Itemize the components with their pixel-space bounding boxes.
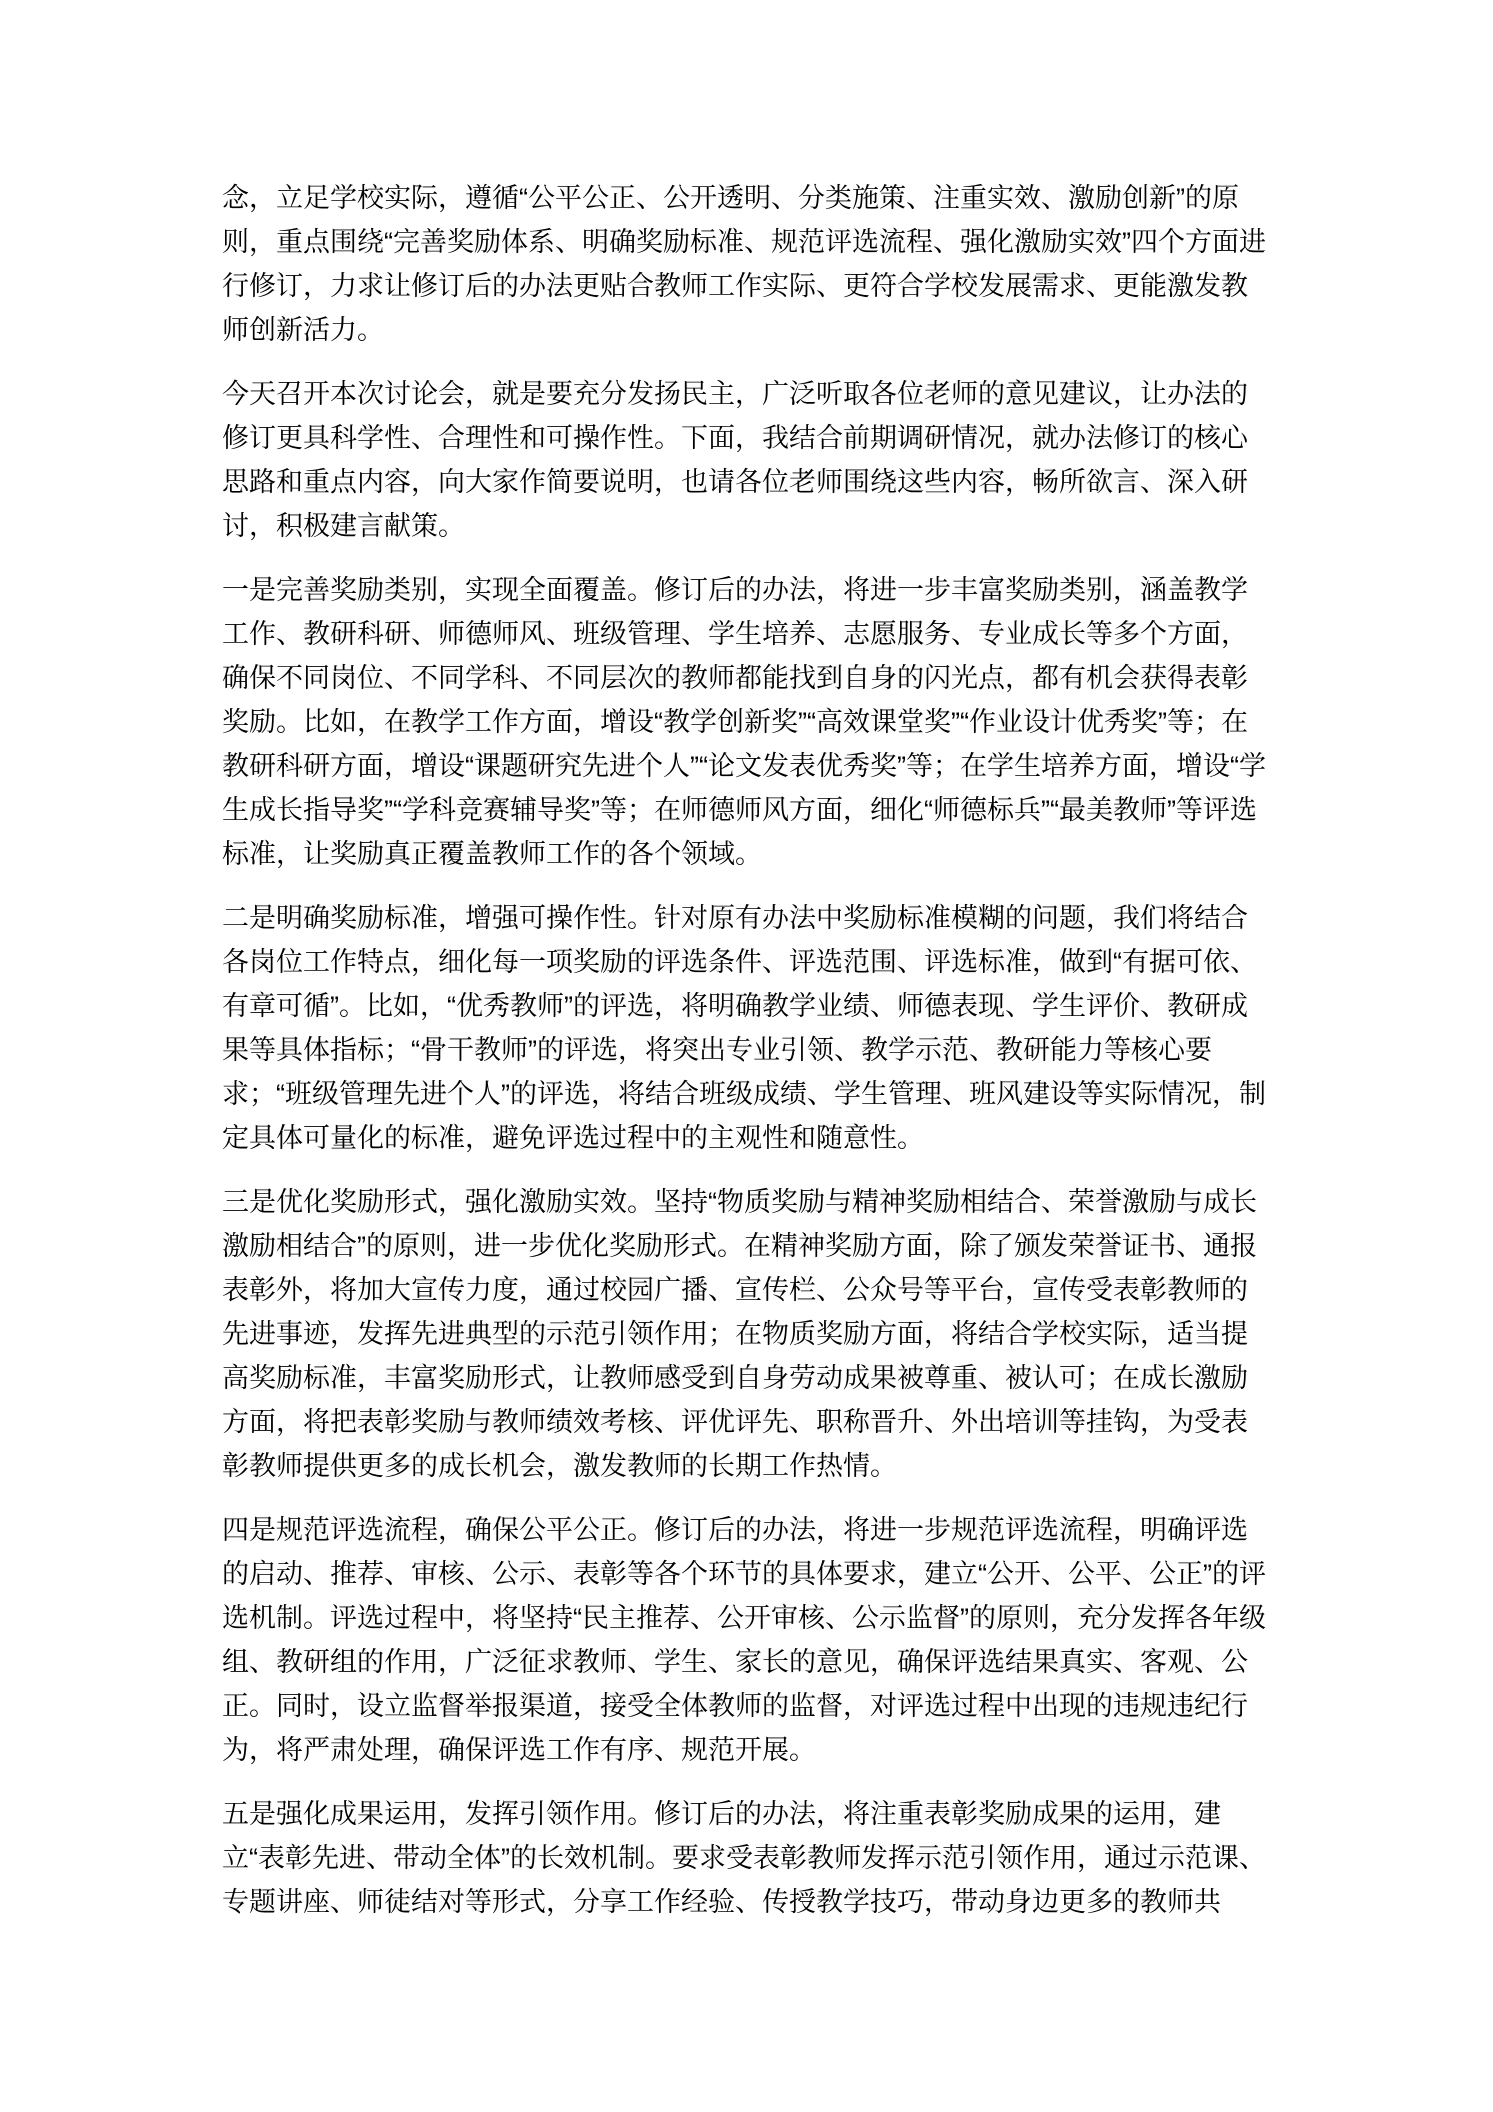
paragraph-3: 一是完善奖励类别，实现全面覆盖。修订后的办法，将进一步丰富奖励类别，涵盖教学工作… [222, 568, 1268, 876]
document-page: 念，立足学校实际，遵循“公平公正、公开透明、分类施策、注重实效、激励创新”的原则… [0, 0, 1493, 2112]
paragraph-4: 二是明确奖励标准，增强可操作性。针对原有办法中奖励标准模糊的问题，我们将结合各岗… [222, 896, 1268, 1160]
paragraph-5: 三是优化奖励形式，强化激励实效。坚持“物质奖励与精神奖励相结合、荣誉激励与成长激… [222, 1180, 1268, 1488]
document-body-text: 念，立足学校实际，遵循“公平公正、公开透明、分类施策、注重实效、激励创新”的原则… [222, 176, 1268, 1924]
paragraph-1: 念，立足学校实际，遵循“公平公正、公开透明、分类施策、注重实效、激励创新”的原则… [222, 176, 1268, 352]
paragraph-6: 四是规范评选流程，确保公平公正。修订后的办法，将进一步规范评选流程，明确评选的启… [222, 1508, 1268, 1772]
paragraph-7-truncated: 五是强化成果运用，发挥引领作用。修订后的办法，将注重表彰奖励成果的运用，建立“表… [222, 1792, 1268, 1924]
paragraph-2: 今天召开本次讨论会，就是要充分发扬民主，广泛听取各位老师的意见建议，让办法的修订… [222, 372, 1268, 548]
